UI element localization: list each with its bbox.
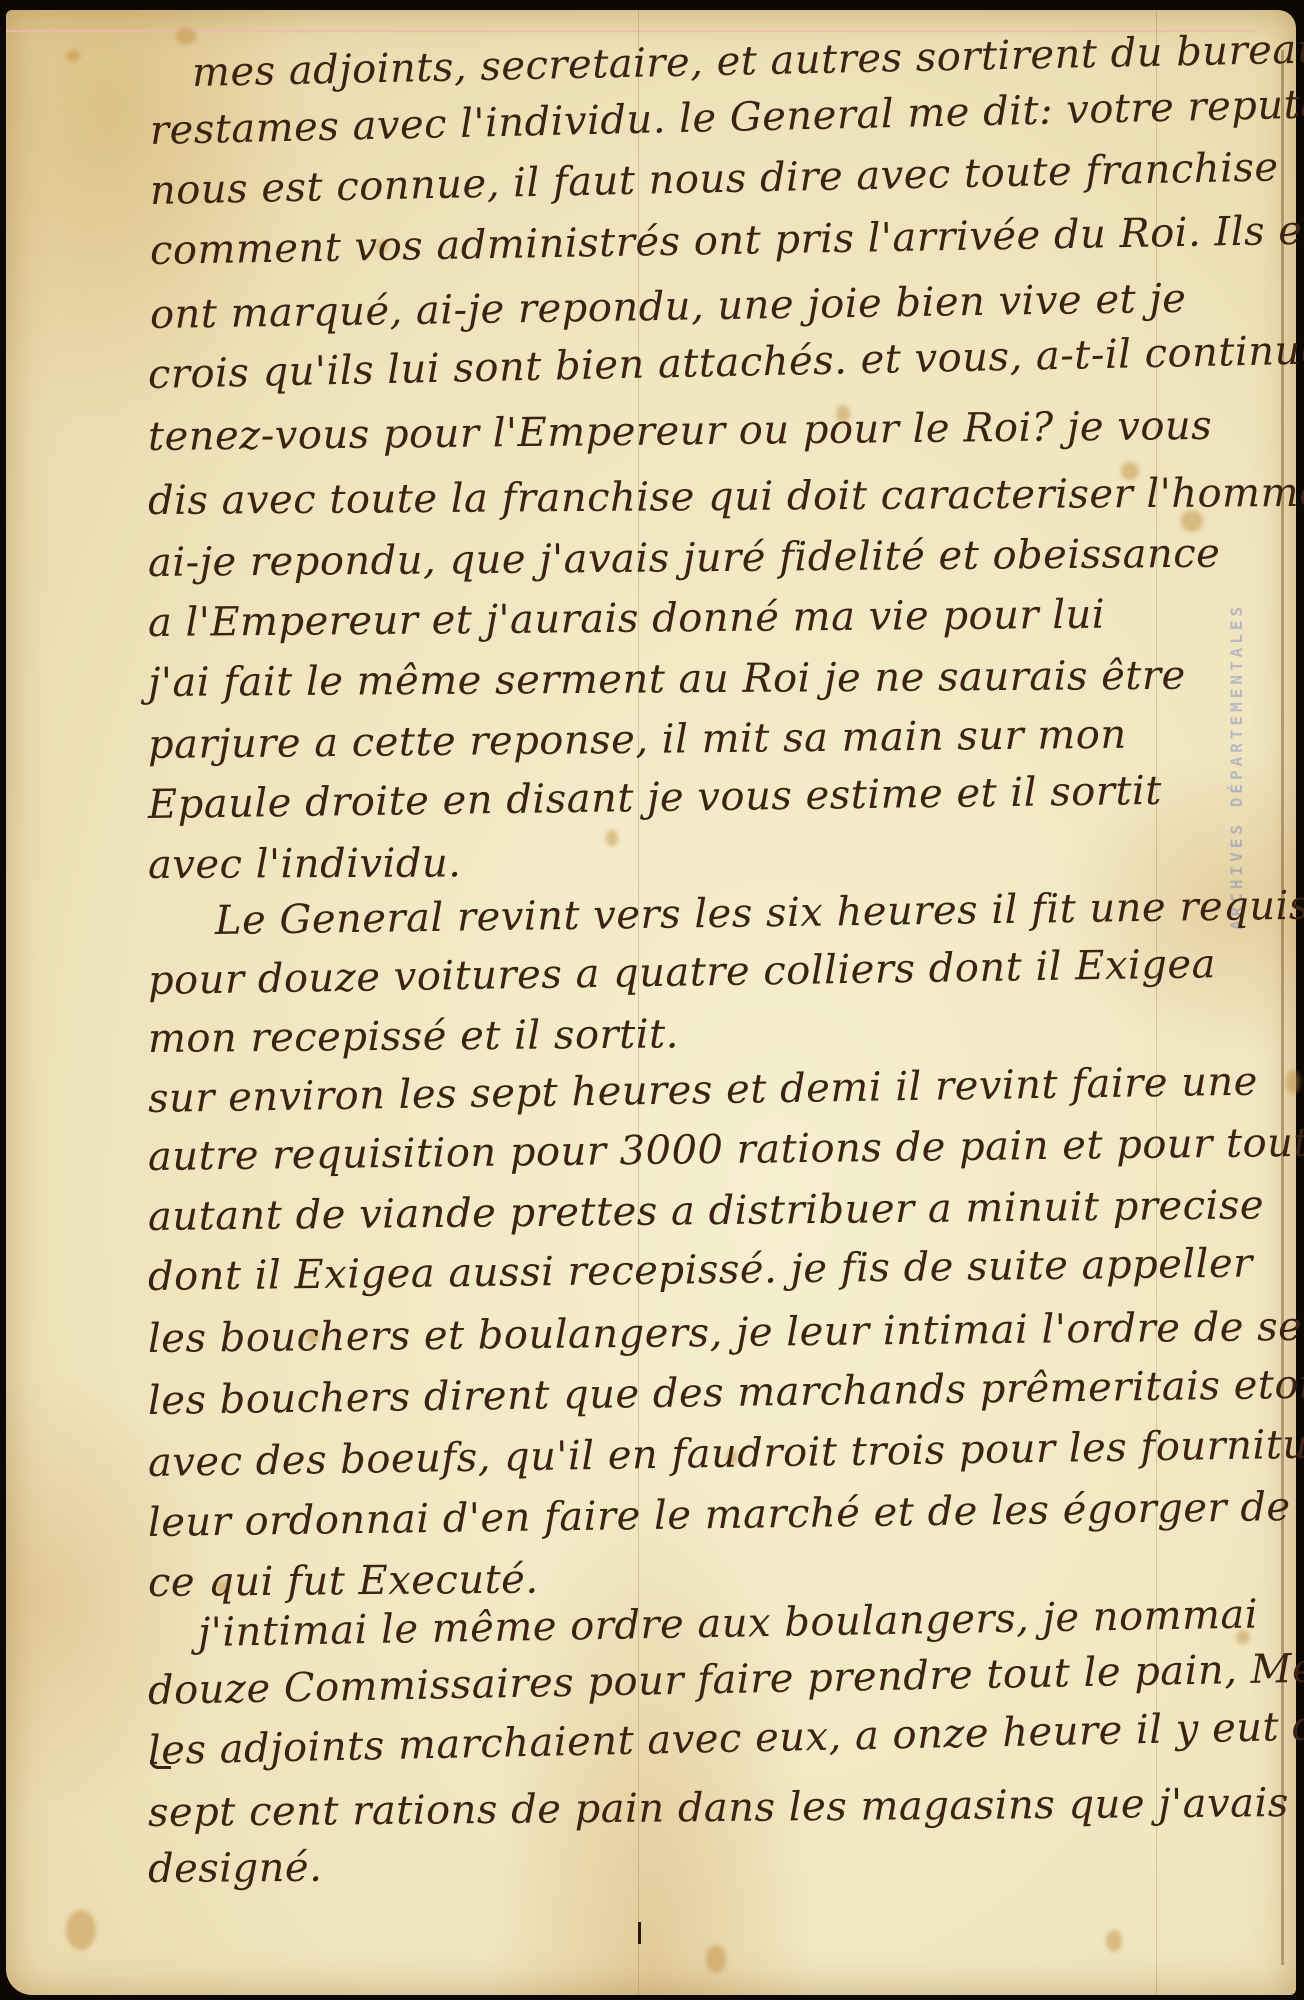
margin-ink-mark <box>150 1760 171 1769</box>
bottom-ink-mark <box>638 1922 641 1944</box>
manuscript-text-continued <box>0 0 1304 2000</box>
